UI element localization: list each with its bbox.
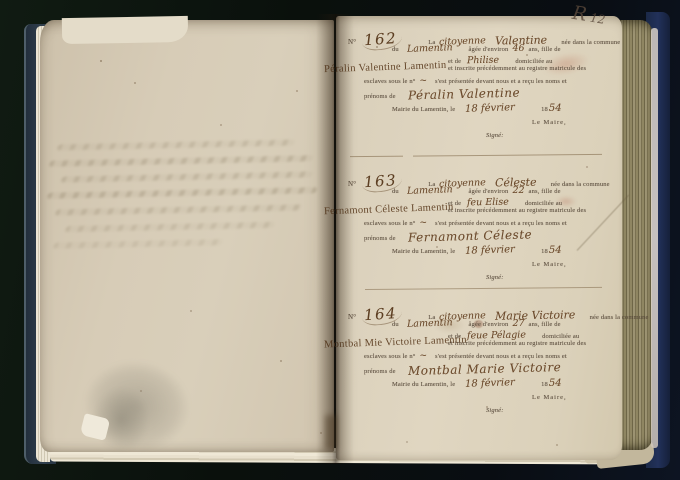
printed-esclaves-numero: esclaves sous le n° [364, 79, 415, 86]
printed-age-pre: âgée d'environ [469, 322, 509, 329]
page-edge-highlight [651, 28, 658, 448]
handwritten-matricule: ~ [419, 218, 427, 228]
entry-line-6: prénoms de Péralin Valentine [336, 87, 622, 101]
handwritten-new-name: Montbal Marie Victoire [407, 360, 561, 378]
ink-bleedthrough-line [47, 187, 318, 199]
ink-bleedthrough-line [55, 204, 302, 215]
entry-maire-line: Le Maire, [336, 120, 622, 127]
left-page-blank [40, 20, 334, 452]
printed-presentee: s'est présentée devant nous et a reçu le… [435, 79, 567, 86]
handwritten-commune: Lamentin [407, 317, 453, 330]
ink-bleedthrough-line [53, 239, 223, 249]
entry-line-4: et inscrite précédemment au registre mat… [336, 66, 622, 73]
printed-age-pre: âgée d'environ [469, 47, 509, 54]
entry-line-2: du Lamentin âgée d'environ 27 ans, fille… [336, 318, 622, 329]
page-edge-stack-right [618, 20, 652, 450]
entry-line-6: prénoms de Montbal Marie Victoire [336, 362, 622, 376]
handwritten-matricule: ~ [419, 351, 427, 361]
printed-age-post: ans, fille de [529, 47, 561, 54]
printed-signe: Signé: [486, 133, 504, 140]
printed-le-maire: Le Maire, [532, 262, 567, 269]
ink-bleedthrough-line [65, 222, 275, 232]
paper-specks [100, 60, 102, 62]
handwritten-date: 18 février [465, 244, 515, 257]
entry-line-5: esclaves sous le n° ~ s'est présentée de… [336, 76, 622, 86]
entry-line-5: esclaves sous le n° ~ s'est présentée de… [336, 351, 622, 361]
handwritten-year: 54 [549, 245, 562, 256]
printed-prenoms-de: prénoms de [364, 236, 396, 243]
entry-signe-line: Signé: [336, 408, 622, 415]
entry-line-5: esclaves sous le n° ~ s'est présentée de… [336, 218, 622, 228]
entry-signe-line: Signé: [336, 133, 622, 140]
handwritten-date: 18 février [465, 377, 515, 390]
entry-maire-line: Le Maire, [336, 395, 622, 402]
printed-signe: Signé: [486, 275, 504, 282]
handwritten-matricule: ~ [419, 76, 427, 86]
register-book-scan: R 12 Péralin Valentine Lamentin N° 162 L… [0, 0, 680, 480]
entry-date-line: Mairie du Lamentin, le 18 février 18 54 [336, 245, 622, 256]
handwritten-commune: Lamentin [407, 184, 453, 197]
handwritten-year: 54 [549, 378, 562, 389]
printed-le-maire: Le Maire, [532, 120, 567, 127]
printed-year-prefix: 18 [541, 249, 548, 256]
entry-maire-line: Le Maire, [336, 262, 622, 269]
entry-line-2: du Lamentin âgée d'environ 22 ans, fille… [336, 185, 622, 196]
binding-gutter-dirt [325, 415, 337, 449]
printed-registre-matricule: et inscrite précédemment au registre mat… [448, 208, 586, 215]
handwritten-date: 18 février [465, 102, 515, 115]
handwritten-commune: Lamentin [407, 42, 453, 55]
register-entry-162: Péralin Valentine Lamentin N° 162 La cit… [336, 24, 622, 166]
printed-age-post: ans, fille de [529, 189, 561, 196]
entry-date-line: Mairie du Lamentin, le 18 février 18 54 [336, 378, 622, 389]
handwritten-age: 27 [512, 318, 524, 329]
register-entry-164: Montbal Mie Victoire Lamentin N° 164 La … [336, 299, 622, 441]
printed-esclaves-numero: esclaves sous le n° [364, 354, 415, 361]
ink-bleedthrough-line [57, 140, 296, 151]
entry-line-6: prénoms de Fernamont Céleste [336, 229, 622, 243]
printed-prenoms-de: prénoms de [364, 369, 396, 376]
printed-age-post: ans, fille de [529, 322, 561, 329]
printed-signe: Signé: [486, 408, 504, 415]
printed-du: du [392, 47, 399, 54]
printed-year-prefix: 18 [541, 107, 548, 114]
ink-bleedthrough-line [61, 171, 314, 182]
printed-mairie: Mairie du Lamentin, le [392, 382, 455, 389]
handwritten-new-name: Fernamont Céleste [407, 227, 531, 244]
entry-date-line: Mairie du Lamentin, le 18 février 18 54 [336, 103, 622, 114]
right-page-register: R 12 Péralin Valentine Lamentin N° 162 L… [336, 16, 622, 460]
handwritten-age: 46 [512, 43, 524, 54]
printed-mairie: Mairie du Lamentin, le [392, 107, 455, 114]
printed-year-prefix: 18 [541, 382, 548, 389]
printed-prenoms-de: prénoms de [364, 94, 396, 101]
entry-line-4: et inscrite précédemment au registre mat… [336, 341, 622, 348]
paper-chip-top [62, 16, 188, 44]
printed-registre-matricule: et inscrite précédemment au registre mat… [448, 341, 586, 348]
entry-line-2: du Lamentin âgée d'environ 46 ans, fille… [336, 43, 622, 54]
printed-mairie: Mairie du Lamentin, le [392, 249, 455, 256]
printed-age-pre: âgée d'environ [469, 189, 509, 196]
printed-du: du [392, 189, 399, 196]
entry-signe-line: Signé: [336, 275, 622, 282]
handwritten-new-name: Péralin Valentine [407, 86, 519, 103]
handwritten-age: 22 [512, 185, 524, 196]
printed-le-maire: Le Maire, [532, 395, 567, 402]
printed-du: du [392, 322, 399, 329]
printed-presentee: s'est présentée devant nous et a reçu le… [435, 221, 567, 228]
printed-esclaves-numero: esclaves sous le n° [364, 221, 415, 228]
printed-registre-matricule: et inscrite précédemment au registre mat… [448, 66, 586, 73]
handwritten-year: 54 [549, 103, 562, 114]
entry-line-4: et inscrite précédemment au registre mat… [336, 208, 622, 215]
ink-bleedthrough-line [49, 155, 314, 166]
